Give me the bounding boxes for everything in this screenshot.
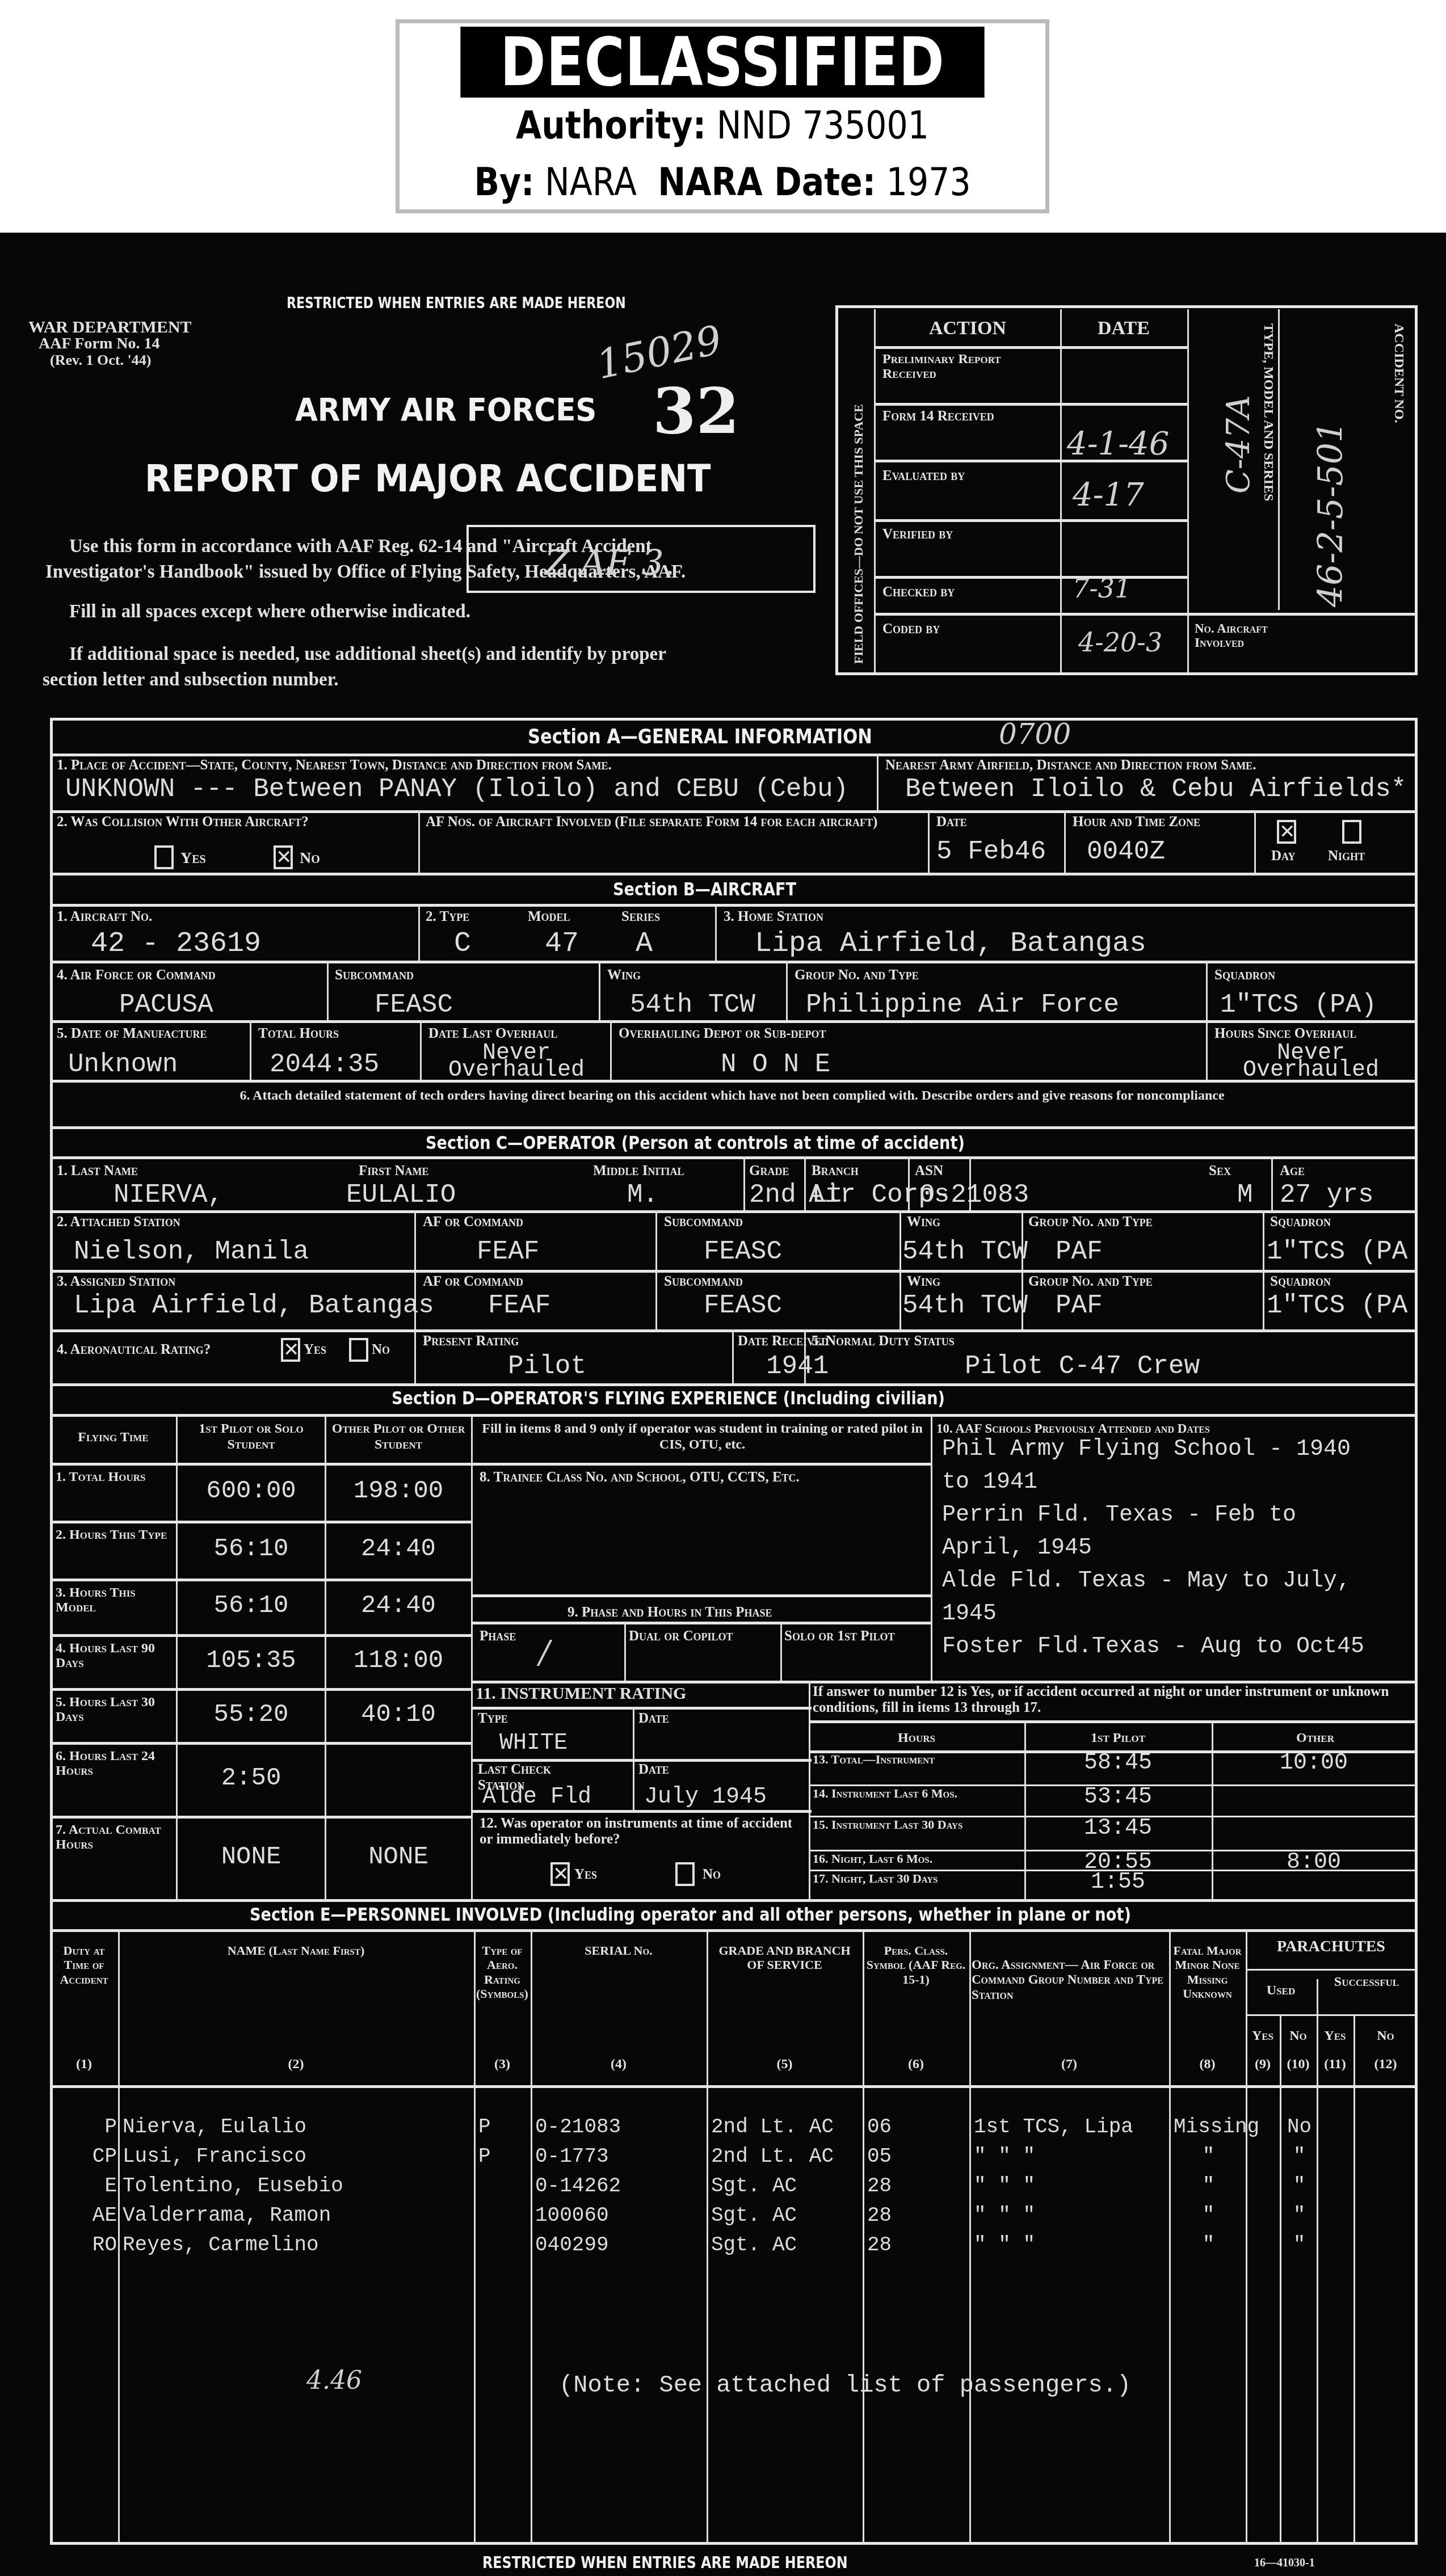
instrument-row-label: 13. Total—Instrument xyxy=(813,1753,1020,1766)
form14-received-label: Form 14 Received xyxy=(882,409,994,424)
personnel-column-number: (6) xyxy=(865,2057,967,2073)
checked-date: 7-31 xyxy=(1073,573,1131,604)
personnel-column-number: (8) xyxy=(1171,2057,1243,2073)
personnel-cell-used-no: " xyxy=(1284,2204,1314,2227)
middle-initial-label: Middle Initial xyxy=(593,1163,684,1179)
divider xyxy=(50,1156,1418,1159)
solo-first-pilot-label: Solo or 1st Pilot xyxy=(784,1628,894,1644)
personnel-cell-grade: Sgt. AC xyxy=(711,2204,860,2227)
age-label: Age xyxy=(1280,1163,1305,1179)
personnel-cell-status: " xyxy=(1174,2145,1243,2168)
personnel-cell-used-no: " xyxy=(1284,2174,1314,2198)
column-divider xyxy=(1169,1929,1171,2545)
personnel-column-header: GRADE AND BRANCH OF SERVICE xyxy=(709,1943,860,1972)
report-title: REPORT OF MAJOR ACCIDENT xyxy=(145,457,711,500)
assigned-station-label: 3. Assigned Station xyxy=(57,1274,175,1290)
divider xyxy=(50,1579,471,1581)
divider xyxy=(908,1156,910,1210)
personnel-cell-status: " xyxy=(1174,2233,1243,2257)
divider xyxy=(786,961,788,1020)
column-divider xyxy=(863,1929,864,2545)
personnel-cell-used-no: " xyxy=(1284,2145,1314,2168)
instruction-line-4: If additional space is needed, use addit… xyxy=(69,644,666,665)
personnel-cell-org: " " " xyxy=(974,2233,1167,2257)
divider xyxy=(50,1929,1418,1932)
column-divider xyxy=(1353,2014,1355,2545)
divider xyxy=(1271,1156,1273,1210)
flying-time-row-label: 6. Hours Last 24 Hours xyxy=(56,1749,172,1779)
divider xyxy=(418,810,420,873)
divider xyxy=(50,873,1418,875)
instrument-other: 10:00 xyxy=(1212,1750,1416,1776)
preliminary-report-label: Preliminary Report Received xyxy=(882,352,1053,382)
divider xyxy=(1246,1969,1418,1971)
divider xyxy=(50,1329,1418,1332)
personnel-cell-rating: P xyxy=(478,2145,528,2168)
home-station-value: Lipa Airfield, Batangas xyxy=(755,928,1146,960)
attached-subcommand-value: FEASC xyxy=(704,1237,782,1266)
personnel-cell-grade: Sgt. AC xyxy=(711,2233,860,2257)
column-divider xyxy=(118,1929,120,2545)
personnel-column-header: SERIAL No. xyxy=(533,1943,704,1958)
personnel-cell-duty: CP xyxy=(56,2145,117,2168)
parachute-subheader: No xyxy=(1355,2028,1416,2044)
inst-type-label: Type xyxy=(478,1711,508,1727)
form-number: AAF Form No. 14 xyxy=(39,335,160,353)
personnel-cell-name: Reyes, Carmelino xyxy=(123,2233,472,2257)
instrument-first-pilot: 1:55 xyxy=(1024,1870,1212,1895)
type-model-series-label: TYPE, MODEL AND SERIES xyxy=(1260,323,1276,501)
personnel-column-number: (4) xyxy=(533,2057,704,2073)
successful-header: Successful xyxy=(1318,1975,1415,1990)
divider xyxy=(874,576,1187,579)
divider xyxy=(809,1681,810,1899)
last-overhaul-label: Date Last Overhaul xyxy=(428,1026,557,1042)
first-pilot-hours: NONE xyxy=(179,1843,323,1871)
squadron-label: Squadron xyxy=(1214,967,1275,983)
restricted-bottom-banner: RESTRICTED WHEN ENTRIES ARE MADE HEREON xyxy=(482,2553,848,2572)
divider xyxy=(50,1270,1418,1273)
personnel-column-header: Type of Aero. Rating (Symbols) xyxy=(476,1943,528,2001)
accident-no-label: ACCIDENT NO. xyxy=(1391,323,1406,423)
attached-wing-label: Wing xyxy=(907,1214,940,1230)
divider xyxy=(624,1622,626,1681)
af-nos-label: AF Nos. of Aircraft Involved (File separ… xyxy=(426,814,925,830)
accident-report-document: RESTRICTED WHEN ENTRIES ARE MADE HEREON … xyxy=(0,233,1446,2576)
place-of-accident-label: 1. Place of Accident—State, County, Near… xyxy=(57,757,612,773)
personnel-cell-duty: AE xyxy=(56,2204,117,2227)
collision-no-label: No xyxy=(300,850,320,868)
section-b-title: Section B—AIRCRAFT xyxy=(613,878,796,900)
group-value: Philippine Air Force xyxy=(806,990,1119,1020)
stamp-box-handwriting: Z AF 3. xyxy=(545,542,675,583)
first-name-label: First Name xyxy=(359,1163,429,1179)
item8-label: 8. Trainee Class No. and School, OTU, CC… xyxy=(480,1470,800,1485)
column-divider xyxy=(1280,2014,1281,2545)
personnel-cell-duty: RO xyxy=(56,2233,117,2257)
personnel-cell-status: Missing xyxy=(1174,2115,1243,2139)
personnel-cell-org: 1st TCS, Lipa xyxy=(974,2115,1167,2139)
divider xyxy=(471,1810,812,1813)
instrument-first-pilot: 58:45 xyxy=(1024,1750,1212,1776)
coded-by-label: Coded by xyxy=(882,621,940,637)
aero-rating-yes-checkbox[interactable]: ✕ xyxy=(281,1338,300,1362)
divider xyxy=(420,1020,422,1080)
personnel-column-number: (3) xyxy=(476,2057,528,2073)
school-entry: Phil Army Flying School - 1940 xyxy=(942,1437,1351,1462)
duty-status-value: Pilot C-47 Crew xyxy=(965,1352,1200,1381)
coded-date: 4-20-3 xyxy=(1078,627,1162,658)
section-e-title: Section E—PERSONNEL INVOLVED (Including … xyxy=(250,1904,1131,1925)
divider xyxy=(50,754,1418,756)
age-value: 27 yrs xyxy=(1280,1180,1374,1210)
school-entry: April, 1945 xyxy=(942,1535,1092,1561)
personnel-column-header: Duty at Time of Accident xyxy=(52,1943,116,1986)
parachute-column-number: (10) xyxy=(1281,2057,1315,2073)
divider xyxy=(250,1020,251,1080)
instrument-row-label: 17. Night, Last 30 Days xyxy=(813,1872,1020,1885)
divider xyxy=(877,754,878,810)
divider xyxy=(874,403,1187,406)
instrument-first-pilot: 13:45 xyxy=(1024,1816,1212,1841)
parachute-column-number: (11) xyxy=(1318,2057,1352,2073)
home-station-label: 3. Home Station xyxy=(724,909,823,925)
divider xyxy=(743,1156,745,1210)
air-force-value: PACUSA xyxy=(119,990,213,1020)
divider xyxy=(804,1156,806,1210)
restricted-top-banner: RESTRICTED WHEN ENTRIES ARE MADE HEREON xyxy=(287,295,626,312)
total-hours-value: 2044:35 xyxy=(270,1050,379,1079)
flying-time-row-label: 5. Hours Last 30 Days xyxy=(56,1695,172,1725)
last-check-value: Alde Fld xyxy=(482,1784,591,1810)
personnel-cell-name: Lusi, Francisco xyxy=(123,2145,472,2168)
stamp-by: By: NARA NARA Date: 1973 xyxy=(445,154,1001,211)
divider xyxy=(471,1707,812,1710)
first-pilot-hours: 105:35 xyxy=(179,1647,323,1675)
night-label: Night xyxy=(1328,848,1365,864)
parachute-subheader: Yes xyxy=(1247,2028,1279,2044)
accident-no-value: 46-2-5-501 xyxy=(1311,421,1351,607)
section-a-margin-handwriting: 0700 xyxy=(999,718,1071,751)
collision-no-checkbox[interactable]: ✕ xyxy=(274,845,293,869)
assigned-subcommand-value: FEASC xyxy=(704,1291,782,1320)
hours-since-overhaul-value: Never Overhauled xyxy=(1214,1045,1407,1079)
divider xyxy=(414,1329,416,1383)
assigned-wing-value: 54th TCW xyxy=(902,1291,1028,1320)
stamp-title: DECLASSIFIED xyxy=(460,27,984,98)
divider xyxy=(50,1688,471,1691)
duty-status-label: 5. Normal Duty Status xyxy=(812,1333,955,1349)
personnel-cell-serial: 100060 xyxy=(535,2204,704,2227)
sex-value: M xyxy=(1237,1180,1253,1210)
aero-rating-yes-label: Yes xyxy=(304,1342,326,1358)
attached-af-label: AF or Command xyxy=(423,1214,523,1230)
night-checkbox[interactable] xyxy=(1342,820,1361,844)
form14-received-date: 4-1-46 xyxy=(1067,426,1169,462)
nearest-airfield-label: Nearest Army Airfield, Distance and Dire… xyxy=(885,757,1256,773)
checked-by-label: Checked by xyxy=(882,584,955,600)
personnel-cell-name: Valderrama, Ramon xyxy=(123,2204,472,2227)
inst-date-label: Date xyxy=(638,1711,669,1727)
personnel-cell-serial: 0-21083 xyxy=(535,2115,704,2139)
personnel-cell-org: " " " xyxy=(974,2174,1167,2198)
divider xyxy=(50,1463,931,1466)
flying-time-row-label: 1. Total Hours xyxy=(56,1470,172,1484)
divider xyxy=(874,519,1187,522)
stamp-authority: Authority: NND 735001 xyxy=(445,98,1001,154)
divider xyxy=(1060,309,1062,672)
inst-type-value: WHITE xyxy=(499,1731,568,1756)
phase-value: / xyxy=(539,1634,550,1671)
last-check-date-value: July 1945 xyxy=(644,1784,767,1810)
manufacture-label: 5. Date of Manufacture xyxy=(57,1026,244,1042)
divider xyxy=(471,1414,473,1899)
last-overhaul-value: Never Overhauled xyxy=(431,1045,602,1079)
last-name-value: NIERVA, xyxy=(114,1180,223,1210)
item6-tech-orders-note: 6. Attach detailed statement of tech ord… xyxy=(57,1088,1407,1103)
first-pilot-hours: 600:00 xyxy=(179,1477,323,1505)
personnel-cell-serial: 0-14262 xyxy=(535,2174,704,2198)
action-header: ACTION xyxy=(877,318,1058,339)
parachutes-header: PARACHUTES xyxy=(1247,1938,1415,1956)
attached-group-label: Group No. and Type xyxy=(1028,1214,1153,1230)
middle-initial-value: M. xyxy=(627,1180,658,1210)
instrument-first-pilot: 53:45 xyxy=(1024,1784,1212,1810)
personnel-cell-grade: 2nd Lt. AC xyxy=(711,2115,860,2139)
series-label: Series xyxy=(621,909,660,925)
personnel-column-header: Fatal Major Minor None Missing Unknown xyxy=(1171,1943,1243,2001)
personnel-column-header: Pers. Class. Symbol (AAF Reg. 15-1) xyxy=(865,1943,967,1986)
attached-station-value: Nielson, Manila xyxy=(74,1237,309,1266)
asn-label: ASN xyxy=(915,1163,943,1179)
instruction-line-5: section letter and subsection number. xyxy=(43,670,339,691)
item12-no-label: No xyxy=(703,1867,721,1883)
personnel-cell-status: " xyxy=(1174,2204,1243,2227)
evaluated-by-label: Evaluated by xyxy=(882,468,965,484)
total-hours-label: Total Hours xyxy=(258,1026,339,1042)
divider xyxy=(50,1414,1418,1417)
divider xyxy=(50,1210,1418,1213)
instrument-note: If answer to number 12 is Yes, or if acc… xyxy=(813,1684,1409,1715)
section-a-title: Section A—GENERAL INFORMATION xyxy=(528,725,872,748)
other-pilot-hours: 198:00 xyxy=(327,1477,470,1505)
type-label: 2. Type xyxy=(426,909,469,925)
personnel-cell-serial: 040299 xyxy=(535,2233,704,2257)
collision-label: 2. Was Collision With Other Aircraft? xyxy=(57,814,309,830)
personnel-cell-duty: P xyxy=(56,2115,117,2139)
present-rating-value: Pilot xyxy=(508,1352,586,1381)
day-checkbox[interactable]: ✕ xyxy=(1277,820,1296,844)
verified-by-label: Verified by xyxy=(882,527,953,542)
collision-yes-label: Yes xyxy=(180,850,206,868)
date-header: DATE xyxy=(1061,318,1186,339)
page-number: 32 xyxy=(653,374,739,448)
flying-time-row-label: 7. Actual Combat Hours xyxy=(56,1822,172,1853)
branch-label: Branch xyxy=(812,1163,859,1179)
hour-zone-label: Hour and Time Zone xyxy=(1073,814,1200,830)
parachute-subheader: Yes xyxy=(1318,2028,1352,2044)
divider xyxy=(325,1414,326,1899)
attached-station-label: 2. Attached Station xyxy=(57,1214,180,1230)
divider xyxy=(50,810,1418,813)
divider xyxy=(809,1720,1418,1723)
first-pilot-hours: 56:10 xyxy=(179,1535,323,1563)
collision-yes-checkbox[interactable] xyxy=(154,845,174,869)
divider xyxy=(50,1899,1418,1902)
divider xyxy=(874,613,1418,616)
divider xyxy=(50,1634,471,1637)
wing-value: 54th TCW xyxy=(630,990,755,1020)
subcommand-label: Subcommand xyxy=(335,967,414,983)
personnel-column-number: (7) xyxy=(972,2057,1167,2073)
personnel-cell-status: " xyxy=(1174,2174,1243,2198)
manufacture-value: Unknown xyxy=(68,1050,178,1079)
other-pilot-hours: NONE xyxy=(327,1843,470,1871)
personnel-cell-class: 28 xyxy=(867,2204,967,2227)
divider xyxy=(418,904,420,961)
parachute-column-number: (9) xyxy=(1247,2057,1279,2073)
assigned-station-value: Lipa Airfield, Batangas xyxy=(74,1291,434,1320)
instrument-other: 8:00 xyxy=(1212,1850,1416,1875)
inst-first-pilot-header: 1st Pilot xyxy=(1024,1731,1212,1746)
wing-label: Wing xyxy=(607,967,641,983)
last-name-label: 1. Last Name xyxy=(57,1163,138,1179)
day-label: Day xyxy=(1271,848,1295,864)
divider xyxy=(50,2085,1418,2088)
form-revision: (Rev. 1 Oct. '44) xyxy=(50,352,151,369)
personnel-cell-class: 28 xyxy=(867,2174,967,2198)
personnel-cell-serial: 0-1773 xyxy=(535,2145,704,2168)
divider xyxy=(715,904,717,961)
squadron-value: 1"TCS (PA) xyxy=(1220,990,1377,1020)
column-divider xyxy=(1246,1929,1247,2545)
school-entry: to 1941 xyxy=(942,1470,1037,1495)
personnel-cell-org: " " " xyxy=(974,2145,1167,2168)
asn-value: 0-21083 xyxy=(919,1180,1029,1210)
divider xyxy=(804,1329,806,1383)
item11-label: 11. INSTRUMENT RATING xyxy=(476,1684,686,1703)
assigned-squadron-value: 1"TCS (PA xyxy=(1267,1291,1407,1320)
divider xyxy=(50,1383,1418,1386)
item12-no-checkbox[interactable] xyxy=(675,1862,695,1886)
section-e-margin-handwriting: 4.46 xyxy=(306,2366,362,2395)
model-label: Model xyxy=(528,909,570,925)
other-pilot-hours: 118:00 xyxy=(327,1647,470,1675)
divider xyxy=(874,346,1187,349)
attached-subcommand-label: Subcommand xyxy=(664,1214,743,1230)
personnel-column-number: (1) xyxy=(52,2057,116,2073)
item12-yes-label: Yes xyxy=(574,1867,597,1883)
personnel-cell-name: Nierva, Eulalio xyxy=(123,2115,472,2139)
first-pilot-header: 1st Pilot or Solo Student xyxy=(179,1421,323,1453)
org-title: ARMY AIR FORCES xyxy=(295,392,596,428)
divider xyxy=(471,1622,931,1624)
type-model-series-value: C-47A xyxy=(1220,395,1257,494)
phase-label: Phase xyxy=(480,1628,516,1644)
personnel-cell-class: 05 xyxy=(867,2145,967,2168)
depot-label: Overhauling Depot or Sub-depot xyxy=(619,1026,826,1042)
assigned-wing-label: Wing xyxy=(907,1274,940,1290)
parachute-subheader: No xyxy=(1281,2028,1315,2044)
date-value: 5 Feb46 xyxy=(936,837,1046,866)
passenger-list-note: (Note: See attached list of passengers.) xyxy=(559,2372,1131,2399)
dual-copilot-label: Dual or Copilot xyxy=(629,1628,733,1644)
divider xyxy=(633,1707,634,1810)
flying-time-row-label: 2. Hours This Type xyxy=(56,1527,172,1542)
divider xyxy=(1278,309,1280,610)
personnel-cell-name: Tolentino, Eusebio xyxy=(123,2174,472,2198)
personnel-cell-grade: 2nd Lt. AC xyxy=(711,2145,860,2168)
assigned-af-value: FEAF xyxy=(488,1291,550,1320)
date-received-value: 1941 xyxy=(766,1352,829,1381)
school-entry: Alde Fld. Texas - May to July, xyxy=(942,1568,1351,1594)
other-pilot-header: Other Pilot or Other Student xyxy=(327,1421,470,1453)
other-pilot-hours: 24:40 xyxy=(327,1535,470,1563)
hour-zone-value: 0040Z xyxy=(1087,837,1165,866)
section-c-title: Section C—OPERATOR (Person at controls a… xyxy=(426,1132,965,1154)
first-name-value: EULALIO xyxy=(346,1180,456,1210)
personnel-cell-class: 28 xyxy=(867,2233,967,2257)
personnel-cell-org: " " " xyxy=(974,2204,1167,2227)
first-pilot-hours: 56:10 xyxy=(179,1592,323,1620)
school-entry: 1945 xyxy=(942,1601,997,1627)
divider xyxy=(610,1020,612,1080)
used-header: Used xyxy=(1247,1983,1314,1999)
divider xyxy=(599,961,600,1020)
assigned-subcommand-label: Subcommand xyxy=(664,1274,743,1290)
divider xyxy=(732,1329,734,1383)
aero-rating-label: 4. Aeronautical Rating? xyxy=(57,1342,211,1358)
divider xyxy=(1187,309,1189,672)
flying-time-header: Flying Time xyxy=(52,1430,174,1446)
date-label: Date xyxy=(936,814,967,830)
divider xyxy=(471,1594,931,1597)
divider xyxy=(50,1816,471,1819)
assigned-squadron-label: Squadron xyxy=(1270,1274,1331,1290)
assigned-group-value: PAF xyxy=(1056,1291,1103,1320)
other-pilot-hours: 24:40 xyxy=(327,1592,470,1620)
divider xyxy=(176,1414,178,1899)
attached-wing-value: 54th TCW xyxy=(902,1237,1028,1266)
item12-yes-checkbox[interactable]: ✕ xyxy=(550,1862,570,1886)
section-d-title: Section D—OPERATOR'S FLYING EXPERIENCE (… xyxy=(392,1387,945,1409)
personnel-cell-class: 06 xyxy=(867,2115,967,2139)
declassified-stamp: DECLASSIFIED Authority: NND 735001 By: N… xyxy=(396,19,1049,213)
flying-time-row-label: 3. Hours This Model xyxy=(56,1585,172,1615)
attached-squadron-label: Squadron xyxy=(1270,1214,1331,1230)
divider xyxy=(471,1681,1418,1683)
divider xyxy=(50,1080,1418,1083)
depot-value: N O N E xyxy=(721,1050,830,1079)
divider xyxy=(928,810,930,873)
grade-label: Grade xyxy=(749,1163,789,1179)
series-value: A xyxy=(636,928,653,960)
divider xyxy=(50,1126,1418,1129)
field-office-side-label: FIELD OFFICES—DO NOT USE THIS SPACE xyxy=(851,404,866,664)
hours-since-overhaul-label: Hours Since Overhaul xyxy=(1214,1026,1356,1042)
aero-rating-no-label: No xyxy=(372,1342,390,1358)
personnel-column-header: Org. Assignment— Air Force or Command Gr… xyxy=(972,1958,1167,2002)
assigned-af-label: AF or Command xyxy=(423,1274,523,1290)
aero-rating-no-checkbox[interactable] xyxy=(349,1338,368,1362)
attached-squadron-value: 1"TCS (PA xyxy=(1267,1237,1407,1266)
divider xyxy=(50,1742,471,1745)
divider xyxy=(50,961,1418,963)
divider xyxy=(50,904,1418,907)
present-rating-label: Present Rating xyxy=(423,1333,519,1349)
flying-time-row-label: 4. Hours Last 90 Days xyxy=(56,1641,172,1671)
column-divider xyxy=(474,1929,476,2545)
